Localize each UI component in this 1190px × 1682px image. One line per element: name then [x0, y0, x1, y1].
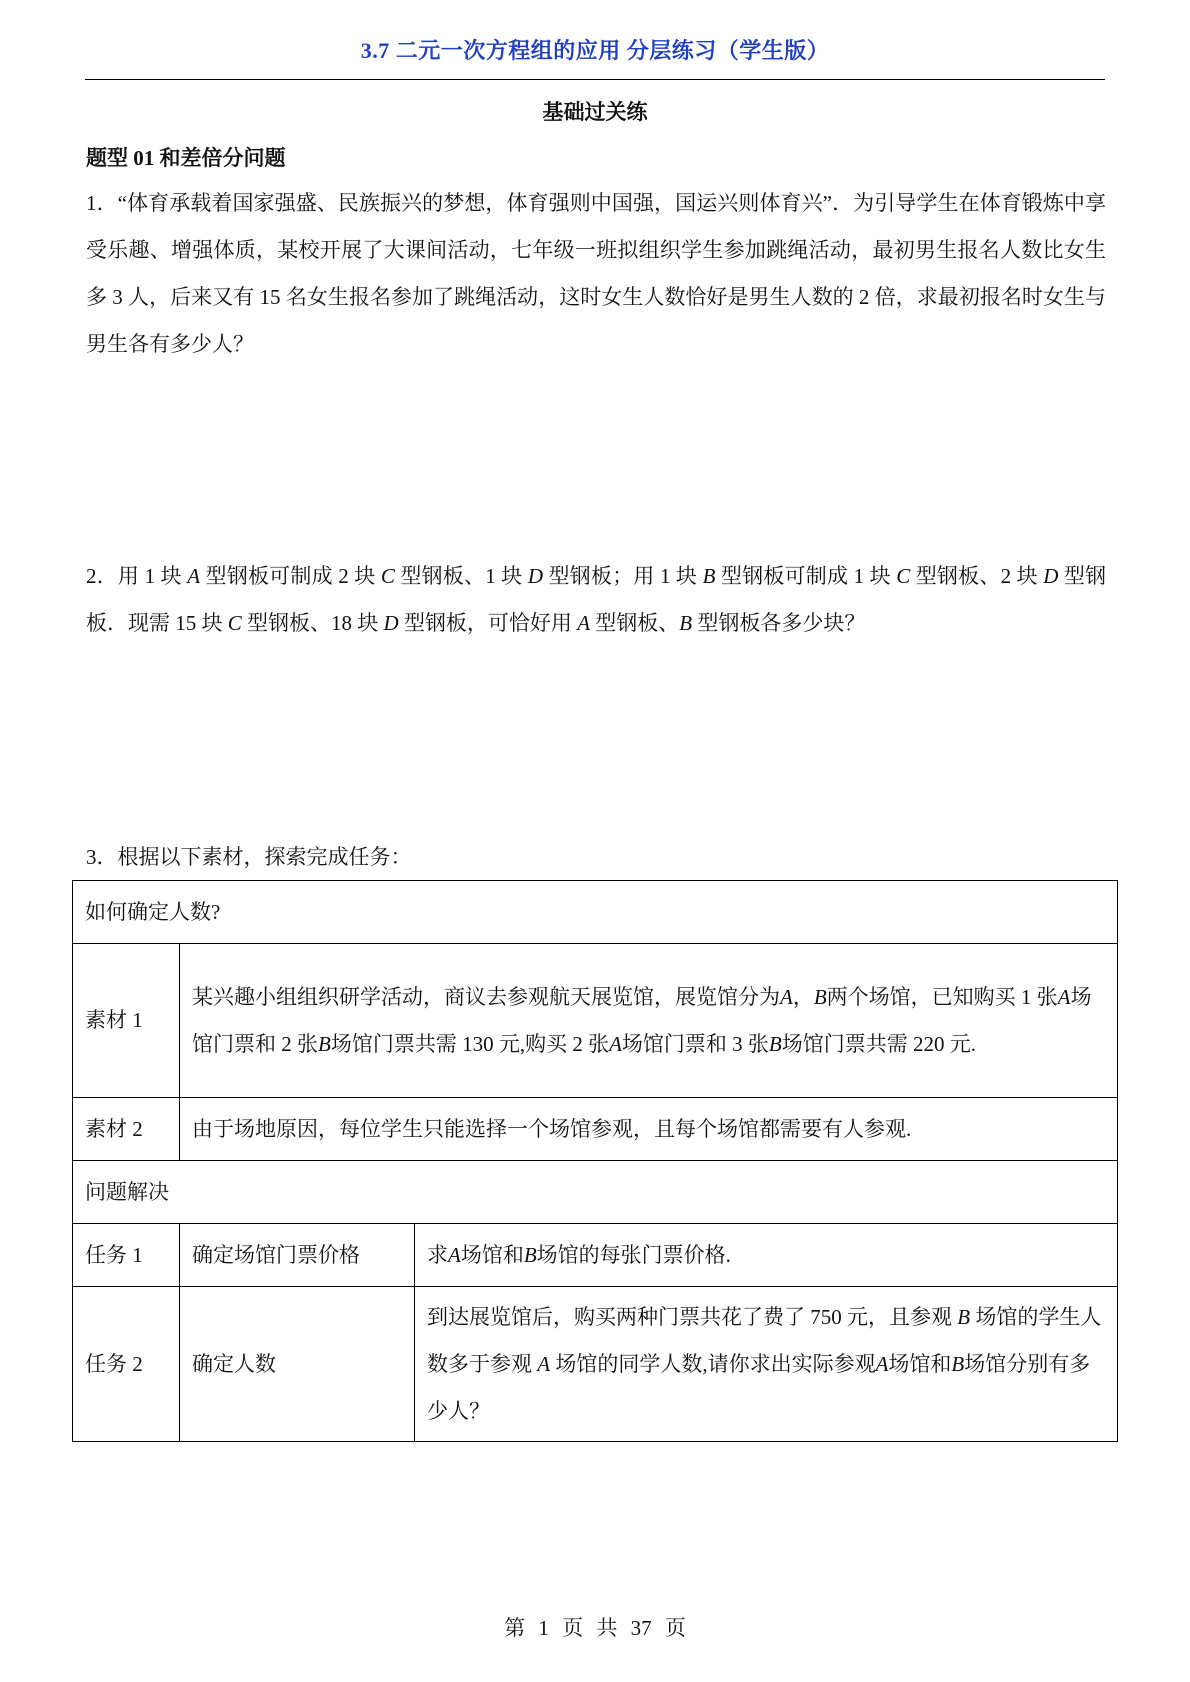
task-content: 到达展览馆后，购买两种门票共花了费了 750 元，且参观 B 场馆的学生人数多于…	[415, 1287, 1118, 1442]
task-label: 任务 2	[73, 1287, 180, 1442]
question-number: 2．	[86, 564, 118, 588]
material-content: 由于场地原因，每位学生只能选择一个场馆参观，且每个场馆都需要有人参观.	[180, 1098, 1118, 1161]
task-label: 任务 1	[73, 1224, 180, 1287]
task-content: 求A场馆和B场馆的每张门票价格.	[415, 1224, 1118, 1287]
material-content: 某兴趣小组组织研学活动，商议去参观航天展览馆，展览馆分为A，B两个场馆，已知购买…	[180, 944, 1118, 1098]
material-table: 如何确定人数? 素材 1 某兴趣小组组织研学活动，商议去参观航天展览馆，展览馆分…	[72, 880, 1118, 1442]
task-name: 确定人数	[180, 1287, 415, 1442]
question-text: 根据以下素材，探索完成任务：	[118, 845, 412, 869]
problem-header-cell: 问题解决	[73, 1161, 1118, 1224]
table-header-cell: 如何确定人数?	[73, 881, 1118, 944]
table-row: 问题解决	[73, 1161, 1118, 1224]
question-type-title: 题型 01 和差倍分问题	[86, 142, 286, 172]
table-row: 任务 2 确定人数 到达展览馆后，购买两种门票共花了费了 750 元，且参观 B…	[73, 1287, 1118, 1442]
table-row: 素材 2 由于场地原因，每位学生只能选择一个场馆参观，且每个场馆都需要有人参观.	[73, 1098, 1118, 1161]
question-1: 1．“体育承载着国家强盛、民族振兴的梦想，体育强则中国强，国运兴则体育兴”．为引…	[86, 180, 1106, 368]
question-number: 3．	[86, 845, 118, 869]
material-label: 素材 2	[73, 1098, 180, 1161]
table-row: 素材 1 某兴趣小组组织研学活动，商议去参观航天展览馆，展览馆分为A，B两个场馆…	[73, 944, 1118, 1098]
page-number: 第 1 页 共 37 页	[0, 1612, 1190, 1642]
table-row: 如何确定人数?	[73, 881, 1118, 944]
section-title: 基础过关练	[0, 96, 1190, 126]
table-row: 任务 1 确定场馆门票价格 求A场馆和B场馆的每张门票价格.	[73, 1224, 1118, 1287]
document-title: 3.7 二元一次方程组的应用 分层练习（学生版）	[0, 34, 1190, 65]
question-number: 1．	[86, 191, 118, 215]
material-label: 素材 1	[73, 944, 180, 1098]
task-name: 确定场馆门票价格	[180, 1224, 415, 1287]
question-2: 2．用 1 块 A 型钢板可制成 2 块 C 型钢板、1 块 D 型钢板；用 1…	[86, 553, 1106, 647]
question-text: 用 1 块 A 型钢板可制成 2 块 C 型钢板、1 块 D 型钢板；用 1 块…	[86, 564, 1106, 635]
question-text: “体育承载着国家强盛、民族振兴的梦想，体育强则中国强，国运兴则体育兴”．为引导学…	[86, 191, 1106, 356]
header-divider	[85, 79, 1105, 80]
question-3: 3．根据以下素材，探索完成任务：	[86, 834, 1106, 881]
